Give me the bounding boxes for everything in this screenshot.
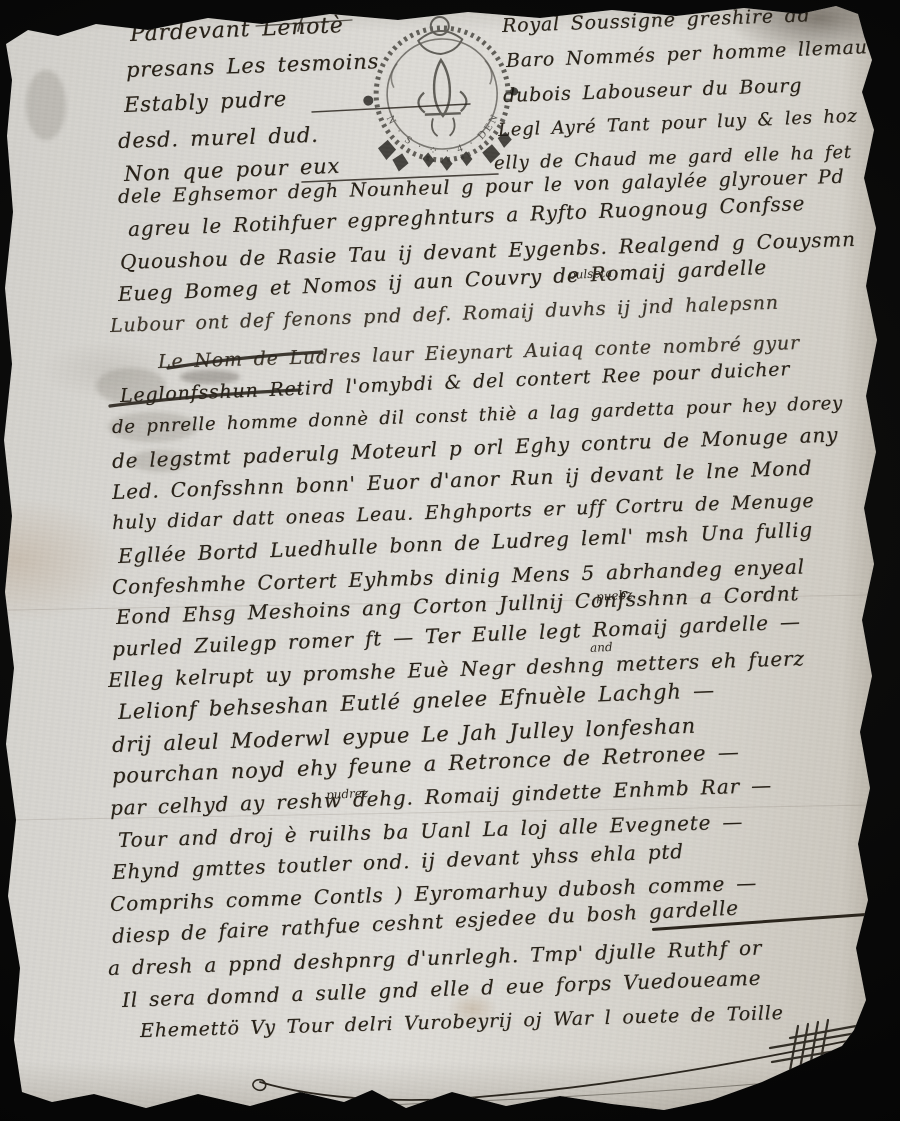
paraph-icon [770,1020,864,1082]
header-left-line: presans Les tesmoins [126,48,380,83]
header-right-line: Legl Ayré Tant pour luy & les hoz [497,104,858,144]
interline-note: and [590,640,613,655]
manuscript-page: Pardevant Lenotè presans Les tesmoins Es… [0,0,900,1121]
ghost-writing [26,70,66,140]
interline-note: pudrez [326,786,369,802]
flourish-underline-icon [360,1082,782,1106]
header-left-line: Pardevant Lenotè [129,13,344,48]
header-right-line: dubois Labouseur du Bourg [503,73,803,109]
connector-stroke-icon [312,104,470,112]
stamp-ring-text: N · S · ⁘ · 4 · DEN · [356,0,506,161]
header-right-line: Royal Soussigné greshire dd [502,2,811,39]
interline-note: pulseta [568,266,613,282]
header-left-line: Estably pudre [124,86,288,118]
flourish-underline-icon [260,1040,852,1100]
photo-background: Pardevant Lenotè presans Les tesmoins Es… [0,0,900,1121]
svg-text:N · S · ⁘ · 4 · DEN ·: N · S · ⁘ · 4 · DEN · [356,0,506,161]
header-left-line: desd. murel dud. [118,122,319,154]
header-right-line: Baro Nommés per homme llemau [506,34,869,74]
interline-note: puebz [596,587,633,604]
flourish-underline-icon [253,1080,266,1091]
